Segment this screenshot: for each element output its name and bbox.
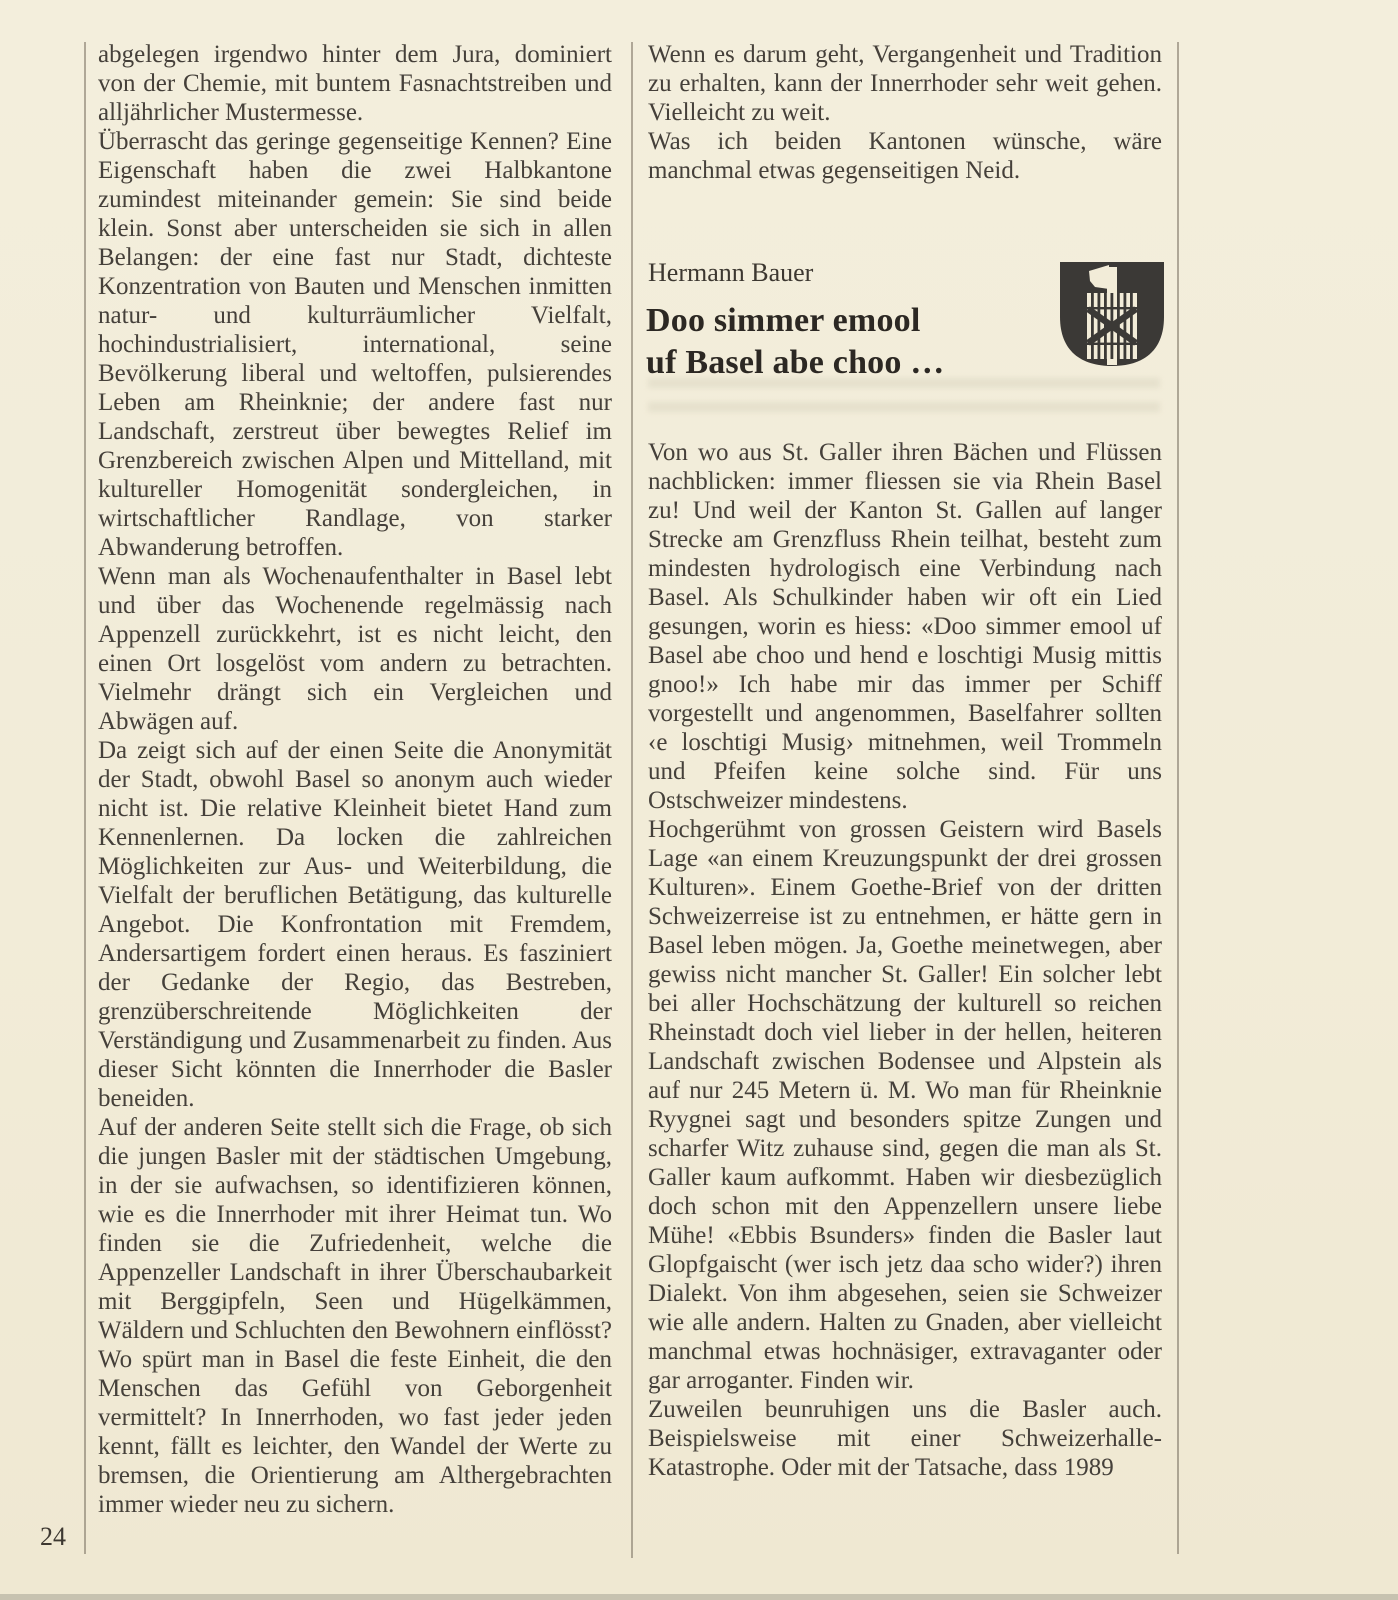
scan-edge-shadow xyxy=(0,1594,1398,1600)
right-column-body: Von wo aus St. Galler ihren Bächen und F… xyxy=(648,438,1162,1554)
paragraph: Zuweilen beunruhigen uns die Basler auch… xyxy=(648,1395,1162,1482)
paragraph: Auf der anderen Seite stellt sich die Fr… xyxy=(98,1113,612,1519)
scanned-book-page: { "page": { "number": "24" }, "colors": … xyxy=(0,0,1398,1600)
paragraph: Was ich beiden Kantonen wünsche, wäre ma… xyxy=(648,127,1162,185)
paragraph: Da zeigt sich auf der einen Seite die An… xyxy=(98,736,612,1113)
right-column-intro: Wenn es darum geht, Vergangenheit und Tr… xyxy=(648,40,1162,190)
left-margin-rule xyxy=(84,42,86,1554)
article-heading-line-1: Doo simmer emool xyxy=(646,300,1066,342)
right-margin-rule xyxy=(1177,42,1179,1554)
paragraph: abgelegen irgendwo hinter dem Jura, domi… xyxy=(98,40,612,127)
ink-bleedthrough-texture xyxy=(648,378,1160,424)
article-heading: Doo simmer emool uf Basel abe choo … xyxy=(646,300,1066,384)
left-text-column: abgelegen irgendwo hinter dem Jura, domi… xyxy=(98,40,612,1554)
paragraph: Hochgerühmt von grossen Geistern wird Ba… xyxy=(648,815,1162,1395)
st-gallen-coat-of-arms-icon xyxy=(1057,259,1167,369)
paragraph: Überrascht das geringe gegenseitige Kenn… xyxy=(98,127,612,562)
page-number: 24 xyxy=(40,1522,66,1552)
paragraph: Wenn man als Wochenaufenthalter in Basel… xyxy=(98,562,612,736)
center-column-rule xyxy=(631,42,633,1558)
paragraph: Wenn es darum geht, Vergangenheit und Tr… xyxy=(648,40,1162,127)
paragraph: Von wo aus St. Galler ihren Bächen und F… xyxy=(648,438,1162,815)
article-author: Hermann Bauer xyxy=(648,258,813,288)
article-heading-line-2: uf Basel abe choo … xyxy=(646,342,1066,384)
